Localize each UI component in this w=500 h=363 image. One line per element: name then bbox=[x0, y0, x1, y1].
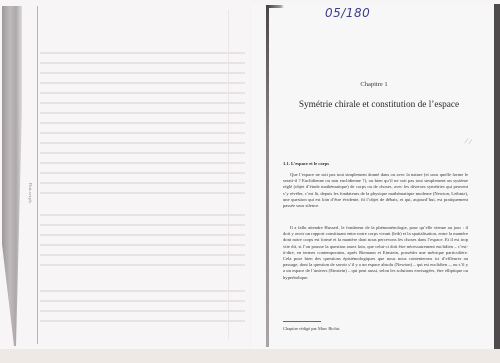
bleed-through-line bbox=[40, 244, 245, 246]
handwritten-reference: 05/180 bbox=[325, 6, 370, 20]
bleed-through-line bbox=[40, 214, 245, 216]
bleed-through-line bbox=[40, 162, 245, 164]
bleed-through-line bbox=[40, 62, 245, 64]
bleed-through-line bbox=[40, 72, 245, 74]
bleed-through-line bbox=[40, 182, 245, 184]
bleed-through-line bbox=[40, 172, 245, 174]
right-page-gutter-shadow bbox=[266, 5, 269, 347]
paragraph-text: Il a fallu attendre Husserl, le fondateu… bbox=[283, 225, 468, 281]
bleed-through-line bbox=[40, 82, 245, 84]
spine-shadow bbox=[2, 6, 22, 346]
bleed-through-line bbox=[40, 132, 245, 134]
bleed-through-line bbox=[40, 122, 245, 124]
bleed-through-line bbox=[40, 192, 245, 194]
section-heading: 1.1. L’espace et le corps bbox=[283, 161, 329, 166]
left-page-rule bbox=[37, 6, 38, 344]
right-page-edge-shadow bbox=[494, 4, 500, 349]
bleed-through-line bbox=[40, 290, 245, 292]
bleed-through-line bbox=[40, 234, 245, 236]
body-paragraph-2: Il a fallu attendre Husserl, le fondateu… bbox=[283, 225, 468, 281]
bleed-through-line bbox=[40, 264, 245, 266]
footnote-rule bbox=[283, 321, 321, 322]
bleed-through-line bbox=[40, 320, 245, 322]
bleed-through-line bbox=[40, 310, 245, 312]
bleed-through-line bbox=[40, 300, 245, 302]
bleed-through-line bbox=[40, 112, 245, 114]
bleed-through-line bbox=[40, 254, 245, 256]
bleed-through-line bbox=[40, 92, 245, 94]
left-margin-note: Fhiz.sci.ph. bbox=[28, 183, 33, 204]
chapter-title: Symétrie chirale et constitution de l’es… bbox=[270, 100, 488, 110]
bleed-through-line bbox=[40, 224, 245, 226]
scan-bottom-margin bbox=[0, 349, 500, 363]
bleed-through-line bbox=[40, 52, 245, 54]
bleed-through-line bbox=[40, 152, 245, 154]
chapter-label: Chapitre 1 bbox=[250, 81, 498, 88]
body-paragraph-1: Que l’espace ne soit pas tout simplement… bbox=[283, 172, 468, 209]
left-page: Fhiz.sci.ph. bbox=[0, 0, 250, 349]
paragraph-text: Que l’espace ne soit pas tout simplement… bbox=[283, 172, 468, 209]
bleed-through-line bbox=[40, 102, 245, 104]
bleed-through-line bbox=[40, 142, 245, 144]
footnote: Chapitre rédigé par Marc Richir. bbox=[283, 326, 340, 331]
